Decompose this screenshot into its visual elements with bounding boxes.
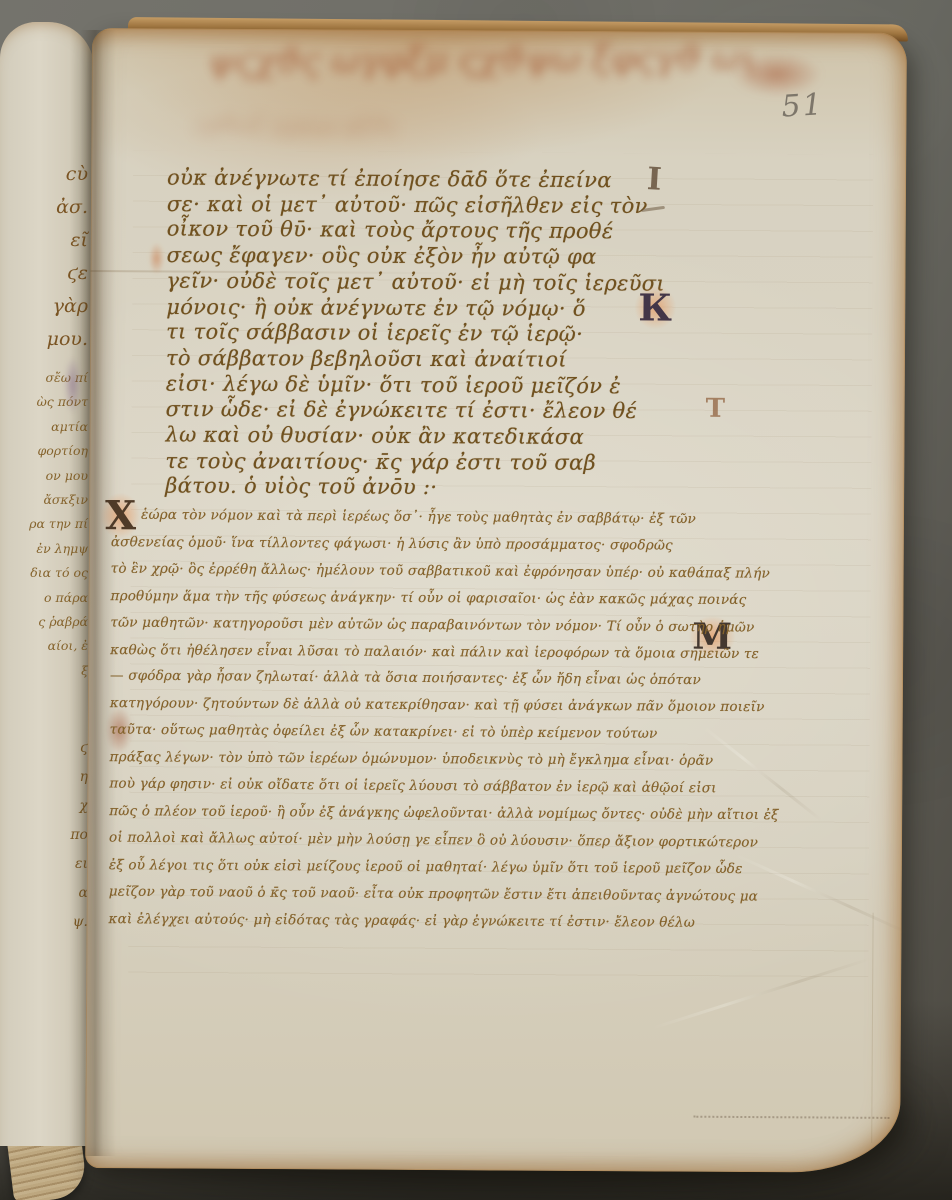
commentary-text-block: ἑώρα τὸν νόμον καὶ τὰ περὶ ἱερέως ὅσ᾽· ἦ…: [108, 502, 780, 937]
text-line: σεως ἔφαγεν· οὓς οὐκ ἐξὸν ἦν αὐτῷ φα: [167, 243, 666, 271]
text-line: τῶν μαθητῶν· κατηγοροῦσι μὲν αὐτῶν ὡς πα…: [110, 609, 780, 641]
text-line: ἀσ.: [47, 191, 88, 224]
text-line: σε· καὶ οἱ μετ᾽ αὐτοῦ· πῶς εἰσῆλθεν εἰς …: [167, 192, 666, 220]
text-line: ἐξ οὗ λέγοι τις ὅτι οὐκ εἰσὶ μείζους ἱερ…: [109, 852, 779, 883]
facing-page-sliver: ϲὺἀσ.εῖϛεγὰρμου. σἔω πίὼς πόνταμτίαφορτί…: [0, 22, 94, 1146]
text-line: ἄσκξιν: [29, 488, 88, 512]
text-line: προθύμην ἅμα τὴν τῆς φύσεως ἀνάγκην· τί …: [110, 583, 780, 614]
parchment-wrinkle: [651, 957, 871, 1030]
text-line: αίοι, ἐ: [29, 634, 88, 658]
text-line: καὶ ἐλέγχει αὐτούς· μὴ εἰδότας τὰς γραφά…: [108, 906, 778, 937]
text-line: ο πάρα: [29, 586, 88, 610]
text-line: γεῖν· οὐδὲ τοῖς μετ᾽ αὐτοῦ· εἰ μὴ τοῖς ἱ…: [166, 268, 665, 297]
text-line: εἰσι· λέγω δὲ ὑμῖν· ὅτι τοῦ ἱεροῦ μεῖζόν…: [166, 371, 665, 400]
text-line: οἶκον τοῦ θῡ· καὶ τοὺς ἄρτους τῆς προθέ: [167, 217, 666, 246]
text-line: τι τοῖς σάββασιν οἱ ἱερεῖς ἐν τῷ ἱερῷ·: [166, 320, 665, 349]
text-line: οὐκ ἀνέγνωτε τί ἐποίησε δᾱδ ὅτε ἐπείνα: [167, 165, 666, 194]
text-line: η: [70, 763, 88, 792]
text-line: ον μου: [29, 464, 88, 488]
text-line: ταῦτα· οὕτως μαθητὰς ὀφείλει ἐξ ὧν κατακ…: [110, 717, 780, 749]
text-line: μεῖζον γὰρ τοῦ ναοῦ ὁ κ̄ς τοῦ ναοῦ· εἶτα…: [109, 878, 779, 910]
prick-marks: [693, 1116, 889, 1119]
text-line: ξ: [29, 659, 88, 683]
text-line: ς ῥαβρά: [29, 610, 88, 634]
text-line: τε τοὺς ἀναιτίους· κ̄ς γάρ ἐστι τοῦ σαβ: [165, 449, 664, 477]
text-line: ψ.: [70, 908, 88, 937]
text-line: μόνοις· ἢ οὐκ ἀνέγνωτε ἐν τῷ νόμῳ· ὅ: [166, 294, 665, 322]
text-line: ει: [70, 850, 88, 879]
text-line: τὸ ἓν χρῷ· ὃς ἐρρέθη ἄλλως· ἠμέλουν τοῦ …: [111, 555, 781, 587]
text-line: αμτία: [29, 415, 88, 439]
ruling-vertical-line: [871, 913, 873, 1143]
facing-page-line-ends-sparse: ϛηχποειαψ.: [70, 734, 88, 937]
manuscript-photo: ϲὺἀσ.εῖϛεγὰρμου. σἔω πίὼς πόνταμτίαφορτί…: [0, 0, 952, 1200]
text-line: τὸ σάββατον βεβηλοῦσι καὶ ἀναίτιοί: [166, 346, 665, 374]
text-line: εῖ: [47, 224, 88, 257]
text-line: ϛ: [70, 734, 88, 763]
purple-ink-smudge: [64, 356, 81, 414]
text-line: ρα την πί: [29, 512, 88, 536]
text-line: ϛε: [47, 257, 88, 290]
text-line: λω καὶ οὐ θυσίαν· οὐκ ἂν κατεδικάσα: [165, 422, 664, 451]
folio-number: 51: [780, 87, 824, 125]
text-line: α: [70, 879, 88, 908]
offset-rubric-stain-faint: ςφϑωξ γχμςω φξϑς: [193, 113, 633, 144]
orange-stain-dot: [148, 242, 164, 274]
text-line: γὰρ: [47, 290, 88, 323]
text-line: μου.: [47, 323, 88, 356]
text-line: χ: [70, 792, 88, 821]
gospel-text-block: οὐκ ἀνέγνωτε τί ἐποίησε δᾱδ ὅτε ἐπείνασε…: [165, 165, 665, 502]
marginal-tau-mark: Τ: [706, 394, 726, 424]
facing-page-line-ends-large: ϲὺἀσ.εῖϛεγὰρμου.: [47, 158, 88, 356]
manuscript-page-recto: ψϛχϑς ωγφξμ ςχϑψω ξφςγϑ ωψχ ςφϑωξ γχμςω …: [85, 28, 907, 1173]
marginal-quire-mark: Ι: [646, 161, 663, 198]
text-line: δια τό ος: [29, 561, 88, 585]
offset-rubric-stain: ψϛχϑς ωγφξμ ςχϑψω ξφςγϑ ωψχ: [208, 38, 753, 104]
text-line: ἑώρα τὸν νόμον καὶ τὰ περὶ ἱερέως ὅσ᾽· ἦ…: [111, 502, 781, 534]
text-line: πο: [70, 821, 88, 850]
text-line: οἱ πολλοὶ καὶ ἄλλως αὐτοί· μὲν μὴν λούσῃ…: [109, 824, 779, 856]
text-line: ἐν λημψ: [29, 537, 88, 561]
text-line: ϲὺ: [47, 158, 88, 191]
text-line: στιν ὧδε· εἰ δὲ ἐγνώκειτε τί ἐστι· ἔλεον…: [166, 397, 665, 425]
marginal-initial-kappa: К: [628, 279, 682, 335]
text-line: βάτου. ὁ υἱὸς τοῦ ἀνο̄υ :·: [165, 474, 664, 503]
text-line: ποὺ γάρ φησιν· εἰ οὐκ οἴδατε ὅτι οἱ ἱερε…: [109, 771, 779, 803]
text-line: φορτίοη: [29, 439, 88, 463]
